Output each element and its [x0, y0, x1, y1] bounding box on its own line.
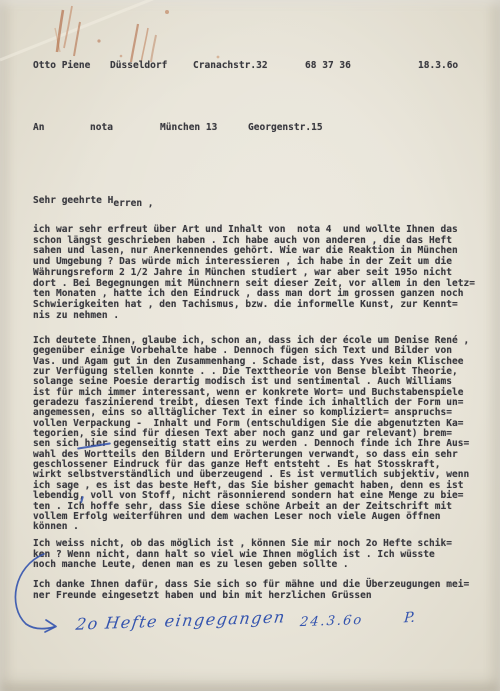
handwritten-initial: P.	[403, 610, 415, 627]
letter-paragraph-3: Ich weiss nicht, ob das möglich ist , kö…	[33, 539, 452, 571]
letter-page: Otto Piene Düsseldorf Cranachstr.32 68 3…	[0, 0, 500, 691]
salutation: Sehr geehrte Herren ,	[33, 195, 154, 206]
letter-paragraph-1: ich war sehr erfreut über Art und Inhalt…	[33, 225, 475, 321]
sender-city: Düsseldorf	[110, 60, 167, 71]
sender-street: Cranachstr.32	[193, 60, 268, 71]
letter-paragraph-2: Ich deutete Ihnen, glaube ich, schon an,…	[33, 336, 469, 533]
letter-date: 18.3.6o	[418, 60, 458, 71]
letter-paragraph-4: Ich danke Ihnen dafür, dass Sie sich so …	[33, 580, 469, 601]
recipient-street: Georgenstr.15	[248, 122, 323, 133]
sender-phone: 68 37 36	[305, 60, 351, 71]
sender-name: Otto Piene	[33, 60, 90, 71]
recipient-city: München 13	[160, 122, 217, 133]
salutation-end: erren ,	[113, 198, 153, 209]
recipient-prefix: An	[33, 122, 44, 133]
handwritten-note: 2o Hefte eingegangen	[75, 607, 287, 633]
recipient-name: nota	[90, 122, 113, 133]
salutation-start: Sehr geehrte H	[33, 195, 113, 206]
handwritten-date: 24.3.6o	[299, 613, 364, 630]
